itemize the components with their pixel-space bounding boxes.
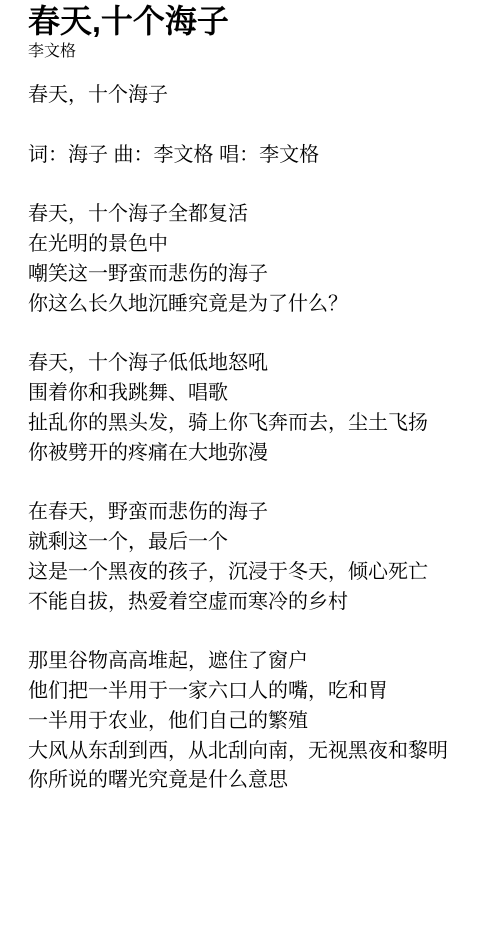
lyric-line: 围着你和我跳舞、唱歌 — [28, 379, 470, 409]
lyric-line: 春天，十个海子全都复活 — [28, 200, 470, 230]
lyric-line: 就剩这一个，最后一个 — [28, 528, 470, 558]
lyric-line: 春天，十个海子 — [28, 81, 470, 111]
lyric-line: 他们把一半用于一家六口人的嘴，吃和胃 — [28, 677, 470, 707]
lyric-line: 这是一个黑夜的孩子，沉浸于冬天，倾心死亡 — [28, 558, 470, 588]
lyrics-body: 春天，十个海子 词：海子 曲：李文格 唱：李文格 春天，十个海子全都复活在光明的… — [28, 81, 470, 796]
lyric-blank-line — [28, 319, 470, 349]
lyric-line: 春天，十个海子低低地怒吼 — [28, 349, 470, 379]
lyrics-page: 春天,十个海子 李文格 春天，十个海子 词：海子 曲：李文格 唱：李文格 春天，… — [0, 0, 500, 940]
lyric-line: 不能自拔，热爱着空虚而寒冷的乡村 — [28, 588, 470, 618]
lyric-line: 一半用于农业，他们自己的繁殖 — [28, 707, 470, 737]
lyric-blank-line — [28, 468, 470, 498]
lyric-line: 大风从东刮到西，从北刮向南，无视黑夜和黎明 — [28, 737, 470, 767]
lyric-blank-line — [28, 170, 470, 200]
lyric-line: 你所说的曙光究竟是什么意思 — [28, 766, 470, 796]
lyric-line: 词：海子 曲：李文格 唱：李文格 — [28, 141, 470, 171]
artist-name: 李文格 — [28, 40, 470, 64]
page-title: 春天,十个海子 — [28, 2, 470, 40]
lyric-line: 扯乱你的黑头发，骑上你飞奔而去，尘土飞扬 — [28, 409, 470, 439]
lyric-blank-line — [28, 111, 470, 141]
lyric-line: 嘲笑这一野蛮而悲伤的海子 — [28, 260, 470, 290]
lyric-blank-line — [28, 617, 470, 647]
lyric-line: 你被劈开的疼痛在大地弥漫 — [28, 439, 470, 469]
lyric-line: 那里谷物高高堆起，遮住了窗户 — [28, 647, 470, 677]
lyric-line: 在春天，野蛮而悲伤的海子 — [28, 498, 470, 528]
lyric-line: 在光明的景色中 — [28, 230, 470, 260]
lyric-line: 你这么长久地沉睡究竟是为了什么？ — [28, 290, 470, 320]
